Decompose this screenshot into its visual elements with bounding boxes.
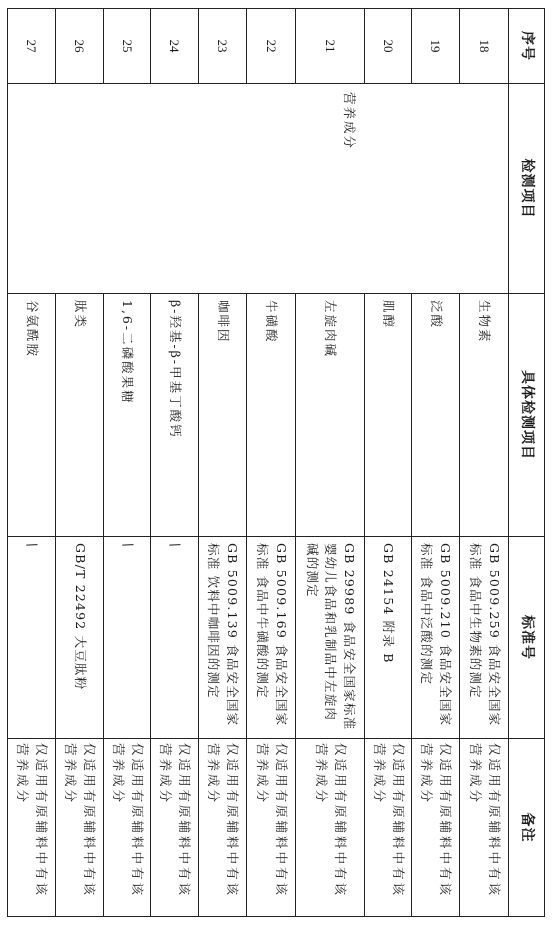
standard-cell: / bbox=[8, 537, 56, 739]
note-cell: 仅适用有原辅料中有该营养成分 bbox=[412, 739, 460, 917]
note-cell: 仅适用有原辅料中有该营养成分 bbox=[296, 739, 365, 917]
header-standard-no: 标准号 bbox=[509, 537, 545, 739]
item-cell: 咖啡因 bbox=[199, 294, 247, 537]
item-cell: 泛酸 bbox=[412, 294, 460, 537]
nutrient-test-table: 序号 检测项目 具体检测项目 标准号 备注 18 营养成分 生物素 GB 500… bbox=[7, 8, 545, 917]
slash-mark: / bbox=[117, 540, 137, 552]
header-note: 备注 bbox=[509, 739, 545, 917]
row-number: 20 bbox=[365, 9, 412, 84]
standard-cell: GB 5009.139 食品安全国家标准 饮料中咖啡因的测定 bbox=[199, 537, 247, 739]
item-cell: 1,6-二磷酸果糖 bbox=[104, 294, 151, 537]
item-cell: 肽类 bbox=[56, 294, 104, 537]
rotated-table-wrapper: 序号 检测项目 具体检测项目 标准号 备注 18 营养成分 生物素 GB 500… bbox=[8, 8, 545, 916]
standard-cell: GB 29989 食品安全国家标准 婴幼儿食品和乳制品中左旋肉碱的测定 bbox=[296, 537, 365, 739]
row-number: 22 bbox=[247, 9, 296, 84]
table-header-row: 序号 检测项目 具体检测项目 标准号 备注 bbox=[509, 9, 545, 917]
row-number: 25 bbox=[104, 9, 151, 84]
category-cell: 营养成分 bbox=[8, 84, 509, 294]
note-cell: 仅适用有原辅料中有该营养成分 bbox=[199, 739, 247, 917]
header-serial-no: 序号 bbox=[509, 9, 545, 84]
standard-cell: / bbox=[104, 537, 151, 739]
standard-cell: GB 5009.259 食品安全国家标准 食品中生物素的测定 bbox=[460, 537, 509, 739]
item-cell: β-羟基-β-甲基丁酸钙 bbox=[151, 294, 199, 537]
row-number: 19 bbox=[412, 9, 460, 84]
table-row: 18 营养成分 生物素 GB 5009.259 食品安全国家标准 食品中生物素的… bbox=[460, 9, 509, 917]
standard-cell: GB 5009.210 食品安全国家标准 食品中泛酸的测定 bbox=[412, 537, 460, 739]
item-cell: 左旋肉碱 bbox=[296, 294, 365, 537]
item-cell: 生物素 bbox=[460, 294, 509, 537]
note-cell: 仅适用有原辅料中有该营养成分 bbox=[460, 739, 509, 917]
item-cell: 牛磺酸 bbox=[247, 294, 296, 537]
standard-cell: GB 24154 附录 B bbox=[365, 537, 412, 739]
note-cell: 仅适用有原辅料中有该营养成分 bbox=[104, 739, 151, 917]
standard-cell: GB/T 22492 大豆肽粉 bbox=[56, 537, 104, 739]
note-cell: 仅适用有原辅料中有该营养成分 bbox=[8, 739, 56, 917]
standard-cell: / bbox=[151, 537, 199, 739]
note-cell: 仅适用有原辅料中有该营养成分 bbox=[56, 739, 104, 917]
row-number: 27 bbox=[8, 9, 56, 84]
document-page: 序号 检测项目 具体检测项目 标准号 备注 18 营养成分 生物素 GB 500… bbox=[0, 0, 554, 926]
row-number: 26 bbox=[56, 9, 104, 84]
row-number: 23 bbox=[199, 9, 247, 84]
standard-cell: GB 5009.169 食品安全国家标准 食品中牛磺酸的测定 bbox=[247, 537, 296, 739]
note-cell: 仅适用有原辅料中有该营养成分 bbox=[247, 739, 296, 917]
slash-mark: / bbox=[21, 540, 41, 552]
row-number: 24 bbox=[151, 9, 199, 84]
item-cell: 谷氨酰胺 bbox=[8, 294, 56, 537]
item-cell: 肌醇 bbox=[365, 294, 412, 537]
header-test-category: 检测项目 bbox=[509, 84, 545, 294]
row-number: 18 bbox=[460, 9, 509, 84]
header-specific-item: 具体检测项目 bbox=[509, 294, 545, 537]
row-number: 21 bbox=[296, 9, 365, 84]
slash-mark: / bbox=[164, 540, 184, 552]
note-cell: 仅适用有原辅料中有该营养成分 bbox=[365, 739, 412, 917]
note-cell: 仅适用有原辅料中有该营养成分 bbox=[151, 739, 199, 917]
